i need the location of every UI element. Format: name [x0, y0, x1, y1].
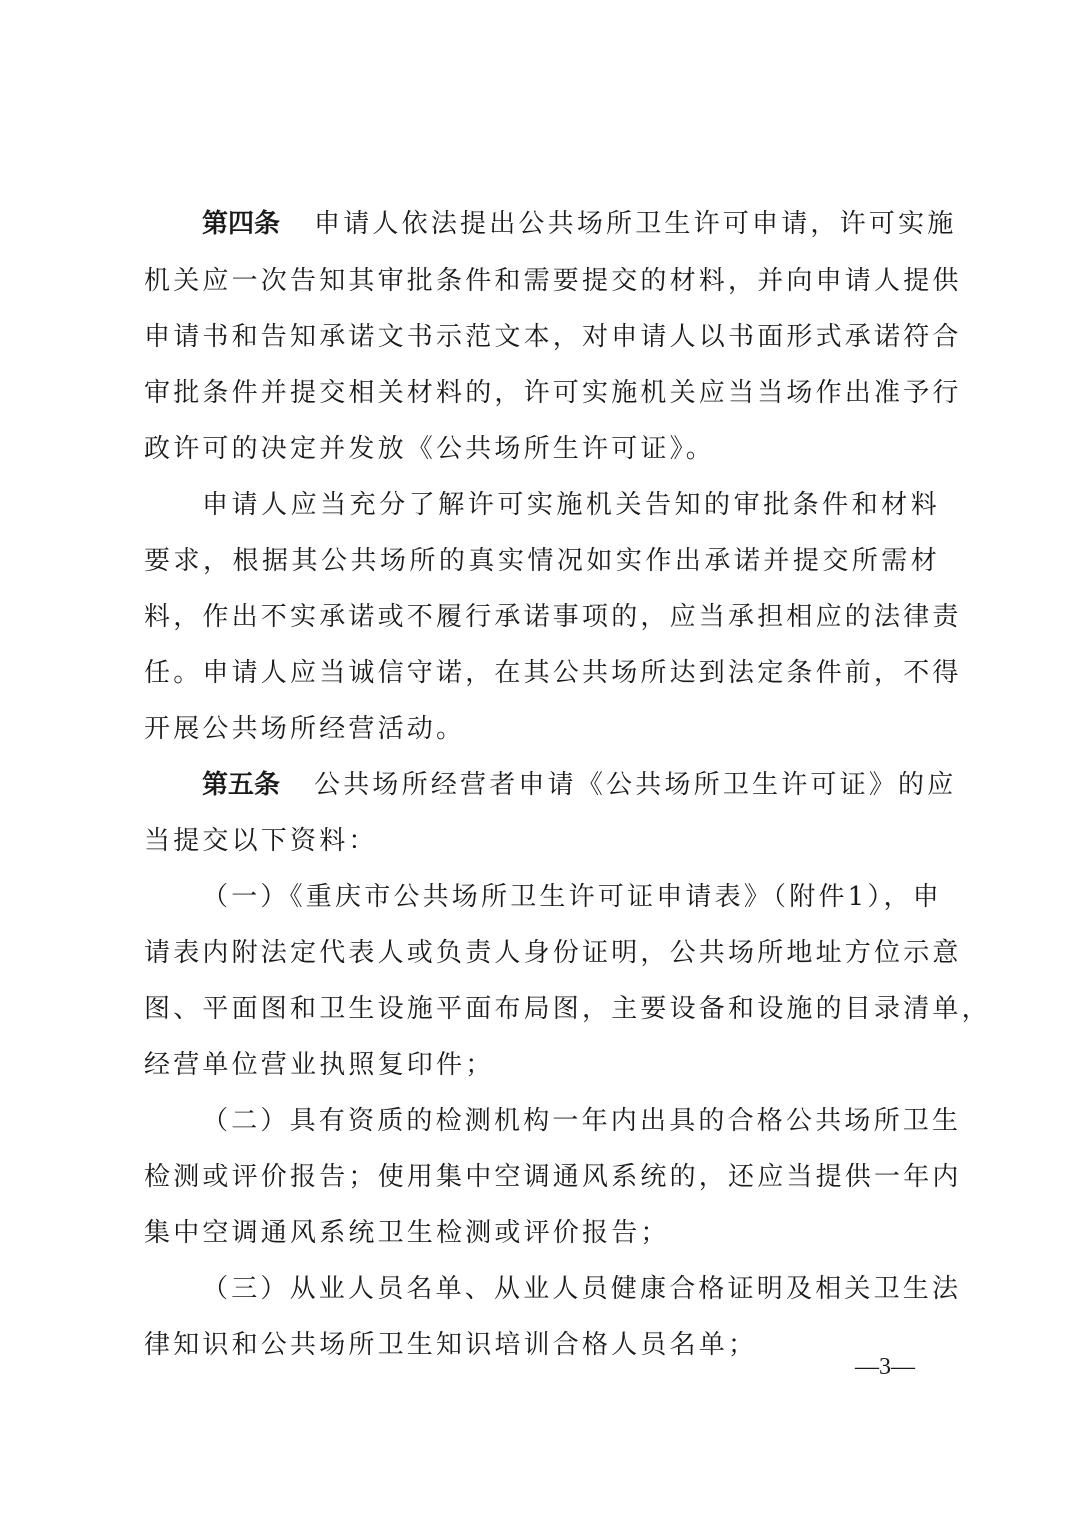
item2-line-1: （二）具有资质的检测机构一年内出具的合格公共场所卫生: [202, 1101, 940, 1141]
item3-line-2: 律知识和公共场所卫生知识培训合格人员名单；: [144, 1325, 940, 1365]
item2-line-2: 检测或评价报告；使用集中空调通风系统的，还应当提供一年内: [144, 1157, 940, 1197]
item1-line-3: 图、平面图和卫生设施平面布局图，主要设备和设施的目录清单，: [144, 989, 940, 1029]
page-number: —3—: [855, 1352, 915, 1382]
article4-para2-line-4: 任。申请人应当诚信守诺，在其公共场所达到法定条件前，不得: [144, 653, 940, 693]
item3-line-1: （三）从业人员名单、从业人员健康合格证明及相关卫生法: [202, 1269, 940, 1309]
article4-line-2: 机关应一次告知其审批条件和需要提交的材料，并向申请人提供: [144, 261, 940, 301]
article4-line-4: 审批条件并提交相关材料的，许可实施机关应当当场作出准予行: [144, 373, 940, 413]
article4-para2-line-2: 要求，根据其公共场所的真实情况如实作出承诺并提交所需材: [144, 541, 940, 581]
article4-line-5: 政许可的决定并发放《公共场所生许可证》。: [144, 429, 940, 469]
article5-heading: 第五条: [202, 770, 280, 800]
article5-line-1: 第五条公共场所经营者申请《公共场所卫生许可证》的应: [202, 765, 940, 805]
item2-line-3: 集中空调通风系统卫生检测或评价报告；: [144, 1213, 940, 1253]
article5-line-2: 当提交以下资料：: [144, 821, 940, 861]
article4-line-3: 申请书和告知承诺文书示范文本，对申请人以书面形式承诺符合: [144, 317, 940, 357]
item1-line-4: 经营单位营业执照复印件；: [144, 1045, 940, 1085]
article4-para2-line-5: 开展公共场所经营活动。: [144, 709, 940, 749]
article4-heading: 第四条: [202, 209, 280, 239]
item1-line-1: （一）《重庆市公共场所卫生许可证申请表》（附件1），申: [202, 877, 940, 917]
article4-line-1: 第四条申请人依法提出公共场所卫生许可申请，许可实施: [202, 204, 940, 244]
article4-para2-line-1: 申请人应当充分了解许可实施机关告知的审批条件和材料: [202, 485, 940, 525]
article4-para2-line-3: 料，作出不实承诺或不履行承诺事项的，应当承担相应的法律责: [144, 597, 940, 637]
item1-line-2: 请表内附法定代表人或负责人身份证明，公共场所地址方位示意: [144, 933, 940, 973]
